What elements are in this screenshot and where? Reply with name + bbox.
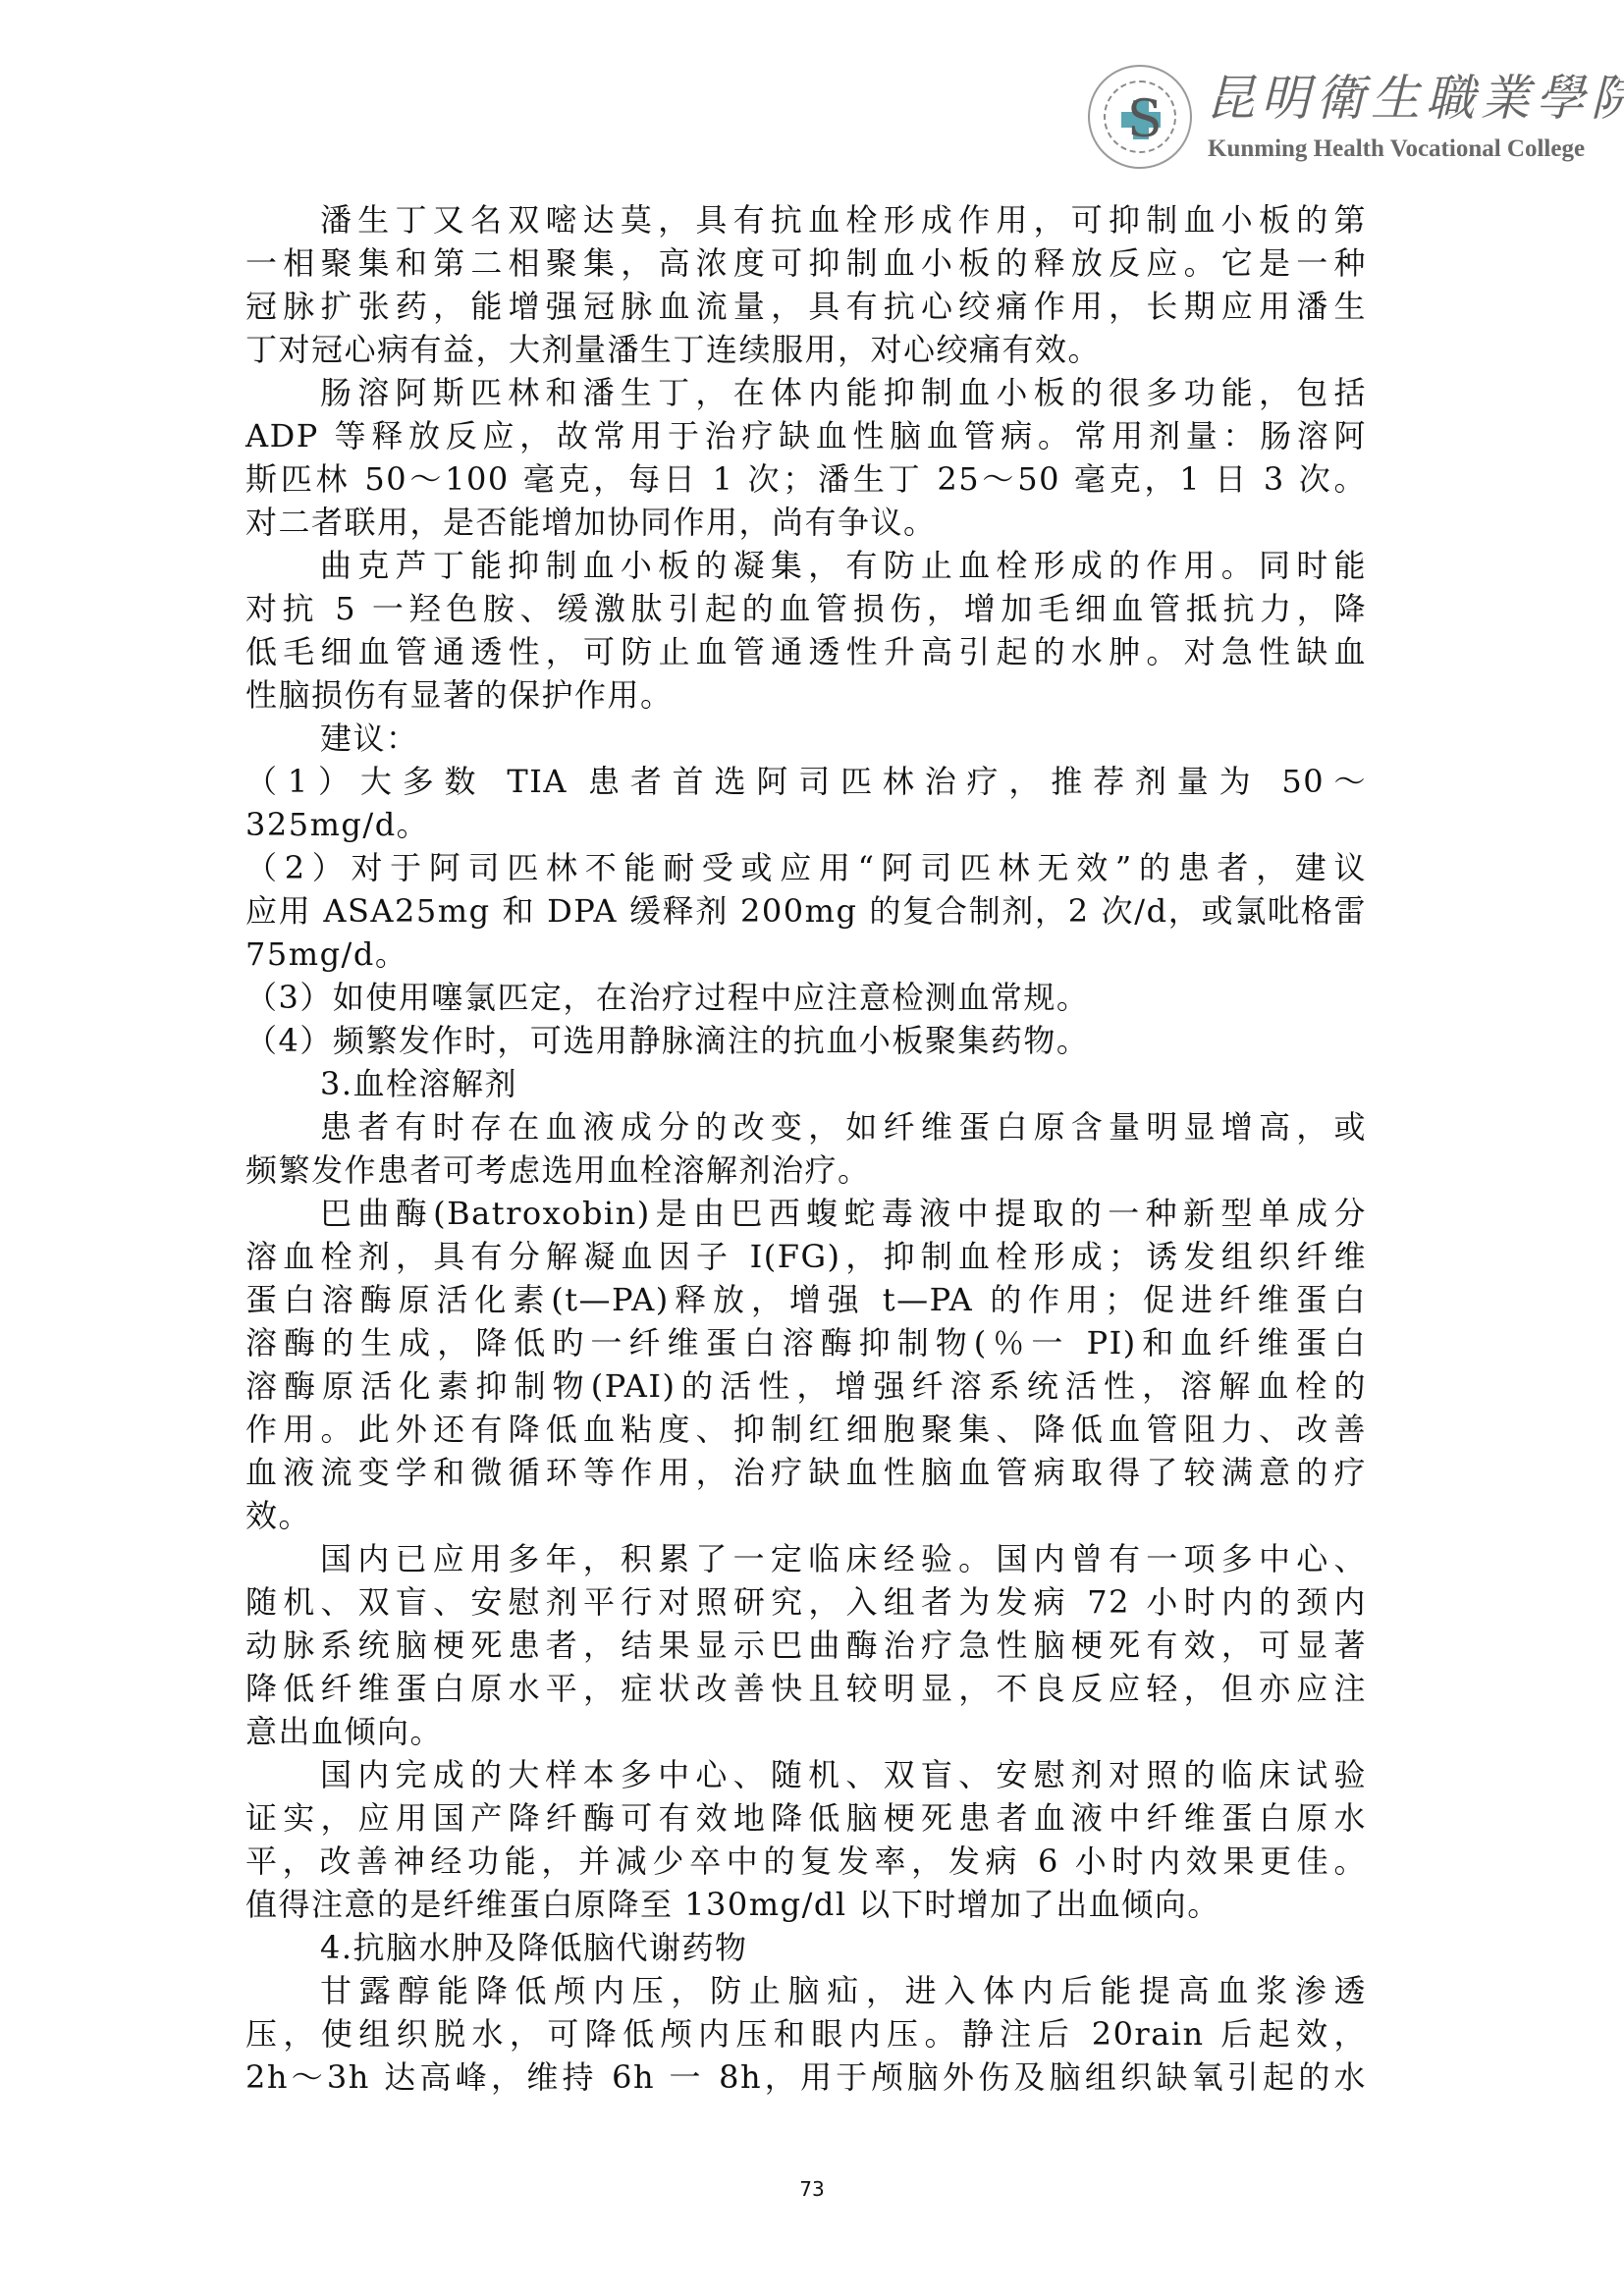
text-line: 效。 xyxy=(245,1494,1367,1537)
text-line: 证实，应用国产降纤酶可有效地降低脑梗死患者血液中纤维蛋白原水 xyxy=(245,1796,1367,1840)
dragon-icon: S xyxy=(1127,92,1157,147)
text-line: 患者有时存在血液成分的改变，如纤维蛋白原含量明显增高，或 xyxy=(245,1105,1367,1148)
text-line: 巴曲酶(Batroxobin)是由巴西蝮蛇毒液中提取的一种新型单成分 xyxy=(245,1192,1367,1235)
text-line: ADP 等释放反应，故常用于治疗缺血性脑血管病。常用剂量：肠溶阿 xyxy=(245,414,1367,457)
text-line: 丁对冠心病有益，大剂量潘生丁连续服用，对心绞痛有效。 xyxy=(245,328,1367,371)
text-line: 一相聚集和第二相聚集，高浓度可抑制血小板的释放反应。它是一种 xyxy=(245,241,1367,285)
text-line: 75mg/d。 xyxy=(245,933,1367,976)
text-line: 意出血倾向。 xyxy=(245,1710,1367,1753)
text-line: 血液流变学和微循环等作用，治疗缺血性脑血管病取得了较满意的疗 xyxy=(245,1451,1367,1494)
text-line: 动脉系统脑梗死患者，结果显示巴曲酶治疗急性脑梗死有效，可显著 xyxy=(245,1624,1367,1667)
document-body: 潘生丁又名双嘧达莫，具有抗血栓形成作用，可抑制血小板的第一相聚集和第二相聚集，高… xyxy=(245,198,1367,2099)
page-number: 73 xyxy=(0,2177,1624,2201)
text-line: 溶酶原活化素抑制物(PAI)的活性，增强纤溶系统活性，溶解血栓的 xyxy=(245,1364,1367,1408)
text-line: 性脑损伤有显著的保护作用。 xyxy=(245,673,1367,717)
text-line: 2h～3h 达高峰，维持 6h 一 8h，用于颅脑外伤及脑组织缺氧引起的水 xyxy=(245,2056,1367,2099)
text-line: 压，使组织脱水，可降低颅内压和眼内压。静注后 20rain 后起效， xyxy=(245,2012,1367,2056)
text-line: 国内完成的大样本多中心、随机、双盲、安慰剂对照的临床试验 xyxy=(245,1753,1367,1796)
text-line: （2）对于阿司匹林不能耐受或应用“阿司匹林无效”的患者，建议 xyxy=(245,846,1367,889)
text-line: （4）频繁发作时，可选用静脉滴注的抗血小板聚集药物。 xyxy=(245,1019,1367,1062)
text-line: 低毛细血管通透性，可防止血管通透性升高引起的水肿。对急性缺血 xyxy=(245,630,1367,673)
text-line: 溶酶的生成，降低旳一纤维蛋白溶酶抑制物(％一 PI)和血纤维蛋白 xyxy=(245,1321,1367,1364)
text-line: 曲克芦丁能抑制血小板的凝集，有防止血栓形成的作用。同时能 xyxy=(245,544,1367,587)
text-line: 冠脉扩张药，能增强冠脉血流量，具有抗心绞痛作用，长期应用潘生 xyxy=(245,285,1367,328)
text-line: 建议： xyxy=(245,717,1367,760)
text-line: 频繁发作患者可考虑选用血栓溶解剂治疗。 xyxy=(245,1148,1367,1192)
logo-english-name: Kunming Health Vocational College xyxy=(1208,135,1585,163)
text-line: 对抗 5 一羟色胺、缓激肽引起的血管损伤，增加毛细血管抵抗力，降 xyxy=(245,587,1367,630)
text-line: 应用 ASA25mg 和 DPA 缓释剂 200mg 的复合制剂，2 次/d，或… xyxy=(245,889,1367,933)
text-line: 作用。此外还有降低血粘度、抑制红细胞聚集、降低血管阻力、改善 xyxy=(245,1408,1367,1451)
college-logo: S 昆明衛生職業學院 Kunming Health Vocational Col… xyxy=(1088,65,1549,173)
text-line: 潘生丁又名双嘧达莫，具有抗血栓形成作用，可抑制血小板的第 xyxy=(245,198,1367,241)
text-line: 4.抗脑水肿及降低脑代谢药物 xyxy=(245,1926,1367,1969)
text-line: （1）大多数 TIA 患者首选阿司匹林治疗，推荐剂量为 50～ xyxy=(245,760,1367,803)
text-line: 肠溶阿斯匹林和潘生丁，在体内能抑制血小板的很多功能，包括 xyxy=(245,371,1367,414)
text-line: 溶血栓剂，具有分解凝血因子 I(FG)，抑制血栓形成；诱发组织纤维 xyxy=(245,1235,1367,1278)
text-line: 随机、双盲、安慰剂平行对照研究，入组者为发病 72 小时内的颈内 xyxy=(245,1580,1367,1624)
text-line: 对二者联用，是否能增加协同作用，尚有争议。 xyxy=(245,501,1367,544)
logo-chinese-name: 昆明衛生職業學院 xyxy=(1206,69,1624,128)
text-line: （3）如使用噻氯匹定，在治疗过程中应注意检测血常规。 xyxy=(245,976,1367,1019)
text-line: 国内已应用多年，积累了一定临床经验。国内曾有一项多中心、 xyxy=(245,1537,1367,1580)
text-line: 蛋白溶酶原活化素(t—PA)释放，增强 t—PA 的作用；促进纤维蛋白 xyxy=(245,1278,1367,1321)
text-line: 降低纤维蛋白原水平，症状改善快且较明显，不良反应轻，但亦应注 xyxy=(245,1667,1367,1710)
text-line: 平，改善神经功能，并减少卒中的复发率，发病 6 小时内效果更佳。 xyxy=(245,1840,1367,1883)
text-line: 3.血栓溶解剂 xyxy=(245,1062,1367,1105)
college-seal-icon: S xyxy=(1088,65,1192,169)
text-line: 值得注意的是纤维蛋白原降至 130mg/dl 以下时增加了出血倾向。 xyxy=(245,1883,1367,1926)
text-line: 甘露醇能降低颅内压，防止脑疝，进入体内后能提高血浆渗透 xyxy=(245,1969,1367,2012)
text-line: 325mg/d。 xyxy=(245,803,1367,846)
text-line: 斯匹林 50～100 毫克，每日 1 次；潘生丁 25～50 毫克，1 日 3 … xyxy=(245,457,1367,501)
